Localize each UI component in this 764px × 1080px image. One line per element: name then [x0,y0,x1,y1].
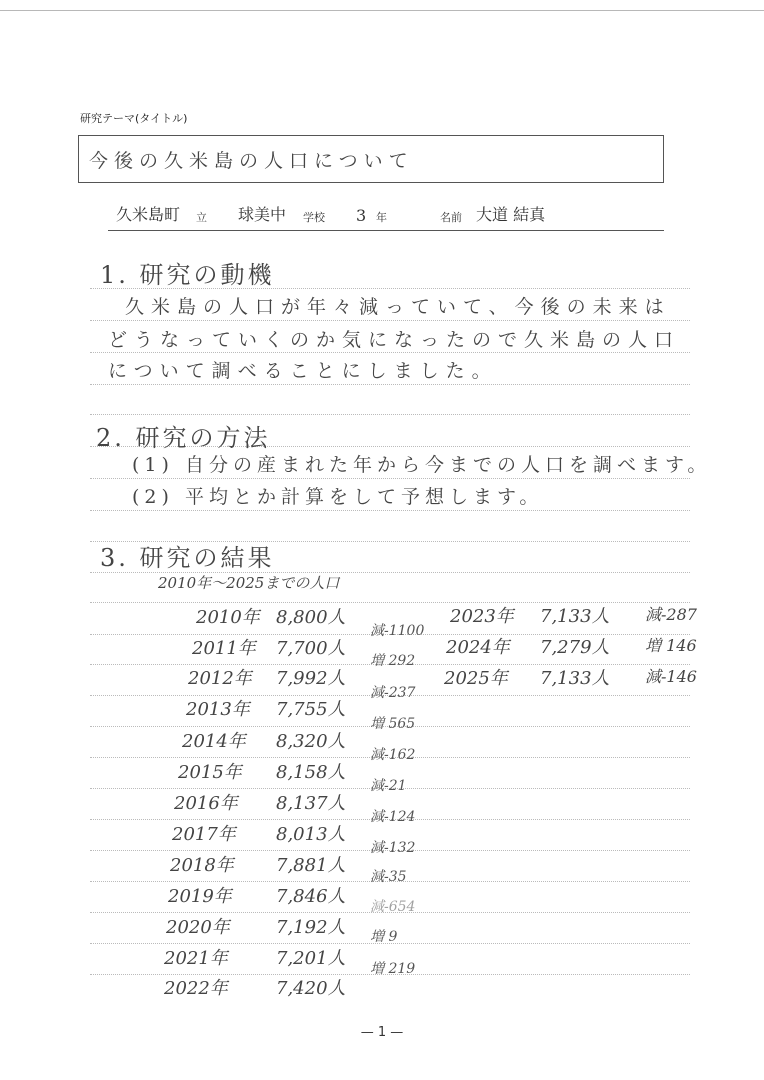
page-number: — 1 — [0,1025,764,1040]
scan-edge-line [0,10,764,11]
pop-2014: 8,320人 [276,727,346,753]
motivation-line: について調べることにしました。 [108,356,498,383]
year-2014: 2014年 [182,727,246,753]
section-heading-results: 3. 研究の結果 [100,538,275,573]
ruled-line [90,478,690,479]
motivation-line: どうなっていくのか気になったので久米島の人口 [108,325,680,352]
year-2021: 2021年 [164,944,228,970]
ruled-line [90,320,690,321]
year-2022: 2022年 [164,974,228,1000]
motivation-line: 久米島の人口が年々減っていて、今後の未来は [125,292,671,319]
change-2020: 増 9 [370,926,397,946]
pop-2020: 7,192人 [276,913,346,939]
pop-2010: 8,800人 [276,603,346,629]
pop-2018: 7,881人 [276,851,346,877]
pop-2019: 7,846人 [276,882,346,908]
change-2012: 減-237 [370,682,415,702]
change-2024: 増 146 [645,633,697,656]
pop-2023: 7,133人 [540,602,610,628]
student-name: 大道 結真 [476,202,545,225]
ruled-line [90,352,690,353]
name-label: 名前 [440,209,462,225]
municipality-suffix: 立 [196,209,207,225]
pop-2024: 7,279人 [540,633,610,659]
pop-2022: 7,420人 [276,974,346,1000]
section-heading-method: 2. 研究の方法 [96,418,271,453]
grade-suffix: 年 [376,209,387,225]
pop-2017: 8,013人 [276,820,346,846]
change-2017: 減-132 [370,837,415,857]
change-2019: 減-654 [370,896,415,916]
change-2011: 増 292 [370,650,415,670]
municipality: 久米島町 [116,202,180,225]
ruled-line [90,510,690,511]
year-2018: 2018年 [170,851,234,877]
method-line: (2) 平均とか計算をして予想します。 [132,482,543,509]
change-2010: 減-1100 [370,620,424,640]
school-name: 球美中 [238,202,286,225]
pop-2013: 7,755人 [276,695,346,721]
student-info-row: 久米島町 立 球美中 学校 3 年 名前 大道 結真 [108,200,664,231]
pop-2011: 7,700人 [276,634,346,660]
research-title: 今後の久米島の人口について [89,146,414,173]
pop-2021: 7,201人 [276,944,346,970]
change-2025: 減-146 [645,664,697,687]
title-box: 今後の久米島の人口について [78,135,664,183]
ruled-line [90,384,690,385]
results-subtitle: 2010年〜2025までの人口 [158,572,339,593]
year-2023: 2023年 [450,602,514,628]
year-2024: 2024年 [446,633,510,659]
grade: 3 [356,206,366,225]
section-heading-motivation: 1. 研究の動機 [100,255,275,290]
change-2023: 減-287 [645,602,697,625]
pop-2025: 7,133人 [540,664,610,690]
change-2015: 減-21 [370,775,407,795]
change-2016: 減-124 [370,806,415,826]
year-2015: 2015年 [178,758,242,784]
year-2010: 2010年 [196,603,260,629]
change-2014: 減-162 [370,744,415,764]
year-2013: 2013年 [186,695,250,721]
school-suffix: 学校 [303,209,325,225]
pop-2012: 7,992人 [276,664,346,690]
year-2025: 2025年 [444,664,508,690]
ruled-line [90,414,690,415]
change-2018: 減-35 [370,866,407,886]
theme-label: 研究テーマ(タイトル) [80,110,187,126]
year-2017: 2017年 [172,820,236,846]
year-2016: 2016年 [174,789,238,815]
change-2021: 増 219 [370,958,415,978]
pop-2015: 8,158人 [276,758,346,784]
pop-2016: 8,137人 [276,789,346,815]
change-2013: 増 565 [370,713,415,733]
year-2019: 2019年 [168,882,232,908]
year-2012: 2012年 [188,664,252,690]
year-2020: 2020年 [166,913,230,939]
year-2011: 2011年 [192,634,256,660]
method-line: (1) 自分の産まれた年から今までの人口を調べます。 [132,450,711,477]
